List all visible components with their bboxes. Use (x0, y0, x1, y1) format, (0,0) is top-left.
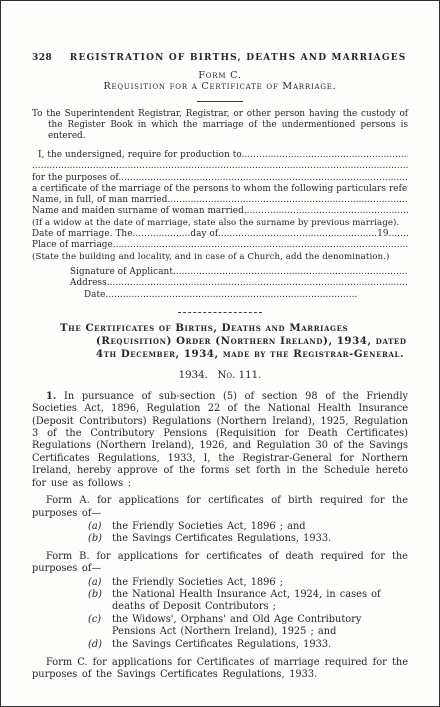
dotted-line: ........................................… (32, 161, 408, 172)
item-letter: (d) (88, 639, 112, 651)
section-separator (178, 312, 262, 313)
item-text: the Friendly Societies Act, 1896 ; and (112, 521, 306, 532)
running-head: REGISTRATION OF BIRTHS, DEATHS AND MARRI… (68, 53, 408, 63)
scanned-document-page: 328 REGISTRATION OF BIRTHS, DEATHS AND M… (0, 0, 440, 707)
order-title-line-3: 4th December, 1934, made by the Registra… (96, 348, 408, 361)
item-letter: (a) (88, 577, 112, 589)
item-letter: (b) (88, 533, 112, 545)
name-man-line: Name, in full, of man married...........… (32, 195, 408, 206)
paragraph-1: 1. In pursuance of sub-section (5) of se… (32, 391, 408, 490)
heading-rule (197, 101, 243, 102)
date-of-marriage-line: Date of marriage. The...................… (32, 229, 408, 240)
form-a-items: (a)the Friendly Societies Act, 1896 ; an… (32, 521, 408, 546)
item-text: the Widows', Orphans' and Old Age Contri… (112, 614, 361, 637)
form-a-intro: Form A. for applications for certificate… (32, 495, 408, 520)
form-c-paragraph: Form C. for applications for Certificate… (32, 657, 408, 682)
signature-line: Signature of Applicant..................… (70, 267, 408, 278)
form-b-items: (a)the Friendly Societies Act, 1896 ; (b… (32, 577, 408, 651)
item-letter: (a) (88, 521, 112, 533)
order-title-line-2: (Requisition) Order (Northern Ireland), … (96, 335, 408, 348)
form-a-item: (b)the Savings Certificates Regulations,… (88, 533, 408, 545)
place-note-line: (State the building and locality, and in… (32, 252, 408, 263)
addressee-paragraph: To the Superintendent Registrar, Registr… (32, 109, 408, 142)
certificate-line: a certificate of the marriage of the per… (32, 184, 408, 195)
page-number: 328 (32, 53, 52, 63)
form-b-item: (b)the National Health Insurance Act, 19… (88, 589, 408, 614)
form-b-item: (c)the Widows', Orphans' and Old Age Con… (88, 614, 408, 639)
form-b-intro: Form B. for applications for certificate… (32, 551, 408, 576)
item-text: the Friendly Societies Act, 1896 ; (112, 577, 283, 588)
name-woman-line: Name and maiden surname of woman married… (32, 206, 408, 217)
page-content: 328 REGISTRATION OF BIRTHS, DEATHS AND M… (1, 1, 439, 682)
place-of-marriage-line: Place of marriage.......................… (32, 240, 408, 251)
paragraph-1-text: In pursuance of sub-section (5) of secti… (32, 391, 408, 489)
order-number: 1934. No. 111. (32, 370, 408, 381)
item-letter: (c) (88, 614, 112, 626)
form-c-subheading: Requisition for a Certificate of Marriag… (32, 81, 408, 93)
date-line: Date....................................… (84, 290, 408, 301)
order-title-line-1: The Certificates of Births, Deaths and M… (60, 322, 408, 335)
item-text: the Savings Certificates Regulations, 19… (112, 639, 331, 650)
production-line: I, the undersigned, require for producti… (32, 150, 408, 161)
form-b-item: (d)the Savings Certificates Regulations,… (88, 639, 408, 651)
paragraph-1-number: 1. (46, 391, 56, 402)
form-b-item: (a)the Friendly Societies Act, 1896 ; (88, 577, 408, 589)
item-letter: (b) (88, 589, 112, 601)
order-title: The Certificates of Births, Deaths and M… (32, 322, 408, 361)
widow-note-line: (If a widow at the date of marriage, sta… (32, 218, 408, 229)
item-text: the Savings Certificates Regulations, 19… (112, 533, 331, 544)
item-text: the National Health Insurance Act, 1924,… (112, 589, 381, 612)
address-line: Address.................................… (70, 278, 408, 289)
form-c-heading: Form C. (32, 70, 408, 81)
running-head-row: 328 REGISTRATION OF BIRTHS, DEATHS AND M… (32, 53, 408, 63)
purposes-line: for the purposes of.....................… (32, 173, 408, 184)
form-a-item: (a)the Friendly Societies Act, 1896 ; an… (88, 521, 408, 533)
